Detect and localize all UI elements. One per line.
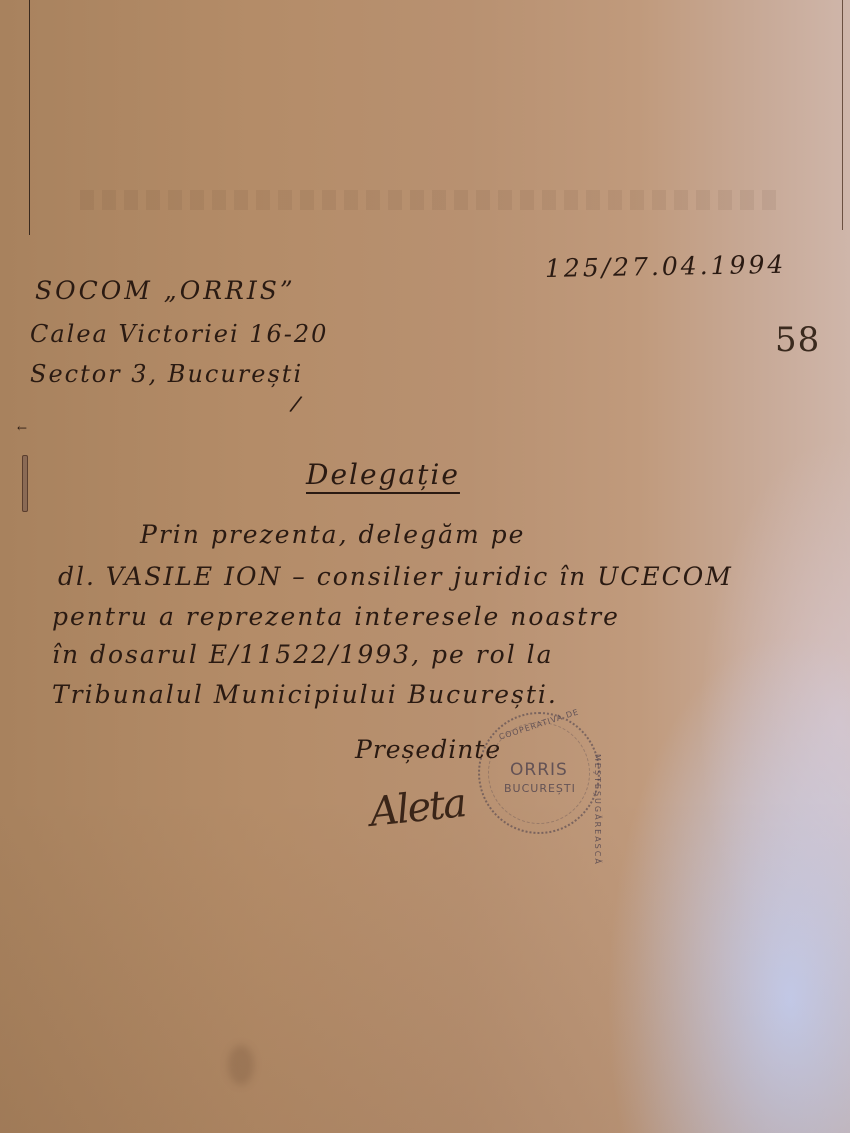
pencil-arrow-mark: ← xyxy=(17,425,39,431)
sender-name: SOCOM „ORRIS” xyxy=(35,276,296,305)
sender-street: Calea Victoriei 16-20 xyxy=(30,320,328,348)
document-title: Delegație xyxy=(306,458,460,491)
signature-label: Președinte xyxy=(355,735,501,764)
official-stamp: COOPERATIVA DE ORRIS BUCUREȘTI MEŞTEŞUGĂ… xyxy=(478,712,600,834)
stamp-side-text: MEŞTEŞUGĂREASCĂ xyxy=(593,754,602,866)
body-line: în dosarul E/11522/1993, pe rol la xyxy=(52,640,554,669)
signature: Aleta xyxy=(368,780,468,836)
paper-smudge xyxy=(228,1045,254,1085)
registration-number: 125/27.04.1994 xyxy=(545,250,787,283)
faint-bleed-through-text xyxy=(80,190,780,210)
stamp-top-text: COOPERATIVA DE xyxy=(491,705,587,744)
stamp-inner-ring xyxy=(488,722,590,824)
stamp-name: ORRIS xyxy=(510,760,568,780)
paper-sheet: ← SOCOM „ORRIS” Calea Victoriei 16-20 Se… xyxy=(0,0,850,1133)
page-number-mark: 58 xyxy=(775,320,820,360)
body-line: Tribunalul Municipiului București. xyxy=(52,680,558,709)
sender-city: Sector 3, București xyxy=(30,360,303,388)
body-line: dl. VASILE ION – consilier juridic în UC… xyxy=(58,562,733,591)
body-line: pentru a reprezenta interesele noastre xyxy=(52,602,620,631)
binder-slot xyxy=(22,455,28,512)
right-margin-line xyxy=(842,0,843,230)
left-margin-line xyxy=(29,0,30,235)
stray-pen-mark: / xyxy=(288,391,304,417)
stamp-city: BUCUREȘTI xyxy=(504,782,576,795)
body-line: Prin prezenta, delegăm pe xyxy=(140,520,525,549)
